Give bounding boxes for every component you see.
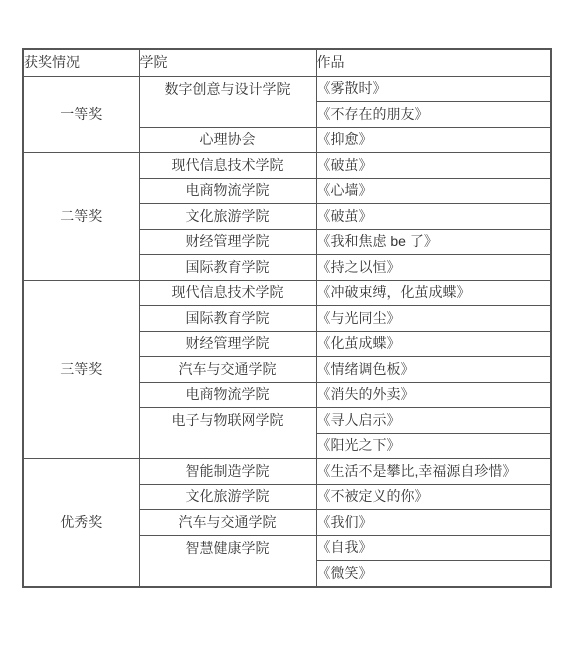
work-cell: 《不存在的朋友》 — [316, 102, 551, 128]
work-cell: 《我们》 — [316, 510, 551, 536]
work-cell: 《生活不是攀比,幸福源自珍惜》 — [316, 459, 551, 485]
work-cell: 《破茧》 — [316, 153, 551, 179]
col-header-work: 作品 — [316, 49, 551, 76]
college-cell: 电子与物联网学院 — [139, 408, 316, 459]
work-cell: 《不被定义的你》 — [316, 484, 551, 510]
work-cell: 《我和焦虑 be 了》 — [316, 229, 551, 255]
college-cell: 数字创意与设计学院 — [139, 76, 316, 127]
college-cell: 财经管理学院 — [139, 331, 316, 357]
college-cell: 电商物流学院 — [139, 178, 316, 204]
work-cell: 《寻人启示》 — [316, 408, 551, 434]
college-cell: 汽车与交通学院 — [139, 510, 316, 536]
work-cell: 《心墙》 — [316, 178, 551, 204]
work-cell: 《阳光之下》 — [316, 433, 551, 459]
college-cell: 智能制造学院 — [139, 459, 316, 485]
college-cell: 文化旅游学院 — [139, 204, 316, 230]
college-cell: 电商物流学院 — [139, 382, 316, 408]
work-cell: 《冲破束缚，化茧成蝶》 — [316, 280, 551, 306]
college-cell: 国际教育学院 — [139, 306, 316, 332]
award-cell-third-prize: 三等奖 — [23, 280, 139, 459]
work-cell: 《自我》 — [316, 535, 551, 561]
work-cell: 《与光同尘》 — [316, 306, 551, 332]
college-cell: 心理协会 — [139, 127, 316, 153]
college-cell: 文化旅游学院 — [139, 484, 316, 510]
work-cell: 《情绪调色板》 — [316, 357, 551, 383]
college-cell: 国际教育学院 — [139, 255, 316, 281]
work-cell: 《抑愈》 — [316, 127, 551, 153]
document-page: 获奖情况 学院 作品 一等奖 数字创意与设计学院 《雾散时》 《不存在的朋友》 … — [0, 0, 575, 659]
work-cell: 《持之以恒》 — [316, 255, 551, 281]
table-row: 二等奖 现代信息技术学院 《破茧》 — [23, 153, 551, 179]
work-cell: 《化茧成蝶》 — [316, 331, 551, 357]
table-row: 优秀奖 智能制造学院 《生活不是攀比,幸福源自珍惜》 — [23, 459, 551, 485]
award-cell-excellence-prize: 优秀奖 — [23, 459, 139, 588]
work-cell: 《消失的外卖》 — [316, 382, 551, 408]
college-cell: 智慧健康学院 — [139, 535, 316, 587]
col-header-college: 学院 — [139, 49, 316, 76]
college-cell: 汽车与交通学院 — [139, 357, 316, 383]
college-cell: 财经管理学院 — [139, 229, 316, 255]
college-cell: 现代信息技术学院 — [139, 153, 316, 179]
table-row: 三等奖 现代信息技术学院 《冲破束缚，化茧成蝶》 — [23, 280, 551, 306]
award-cell-first-prize: 一等奖 — [23, 76, 139, 153]
header-row: 获奖情况 学院 作品 — [23, 49, 551, 76]
col-header-award-status: 获奖情况 — [23, 49, 139, 76]
awards-table: 获奖情况 学院 作品 一等奖 数字创意与设计学院 《雾散时》 《不存在的朋友》 … — [22, 48, 552, 588]
table-row: 一等奖 数字创意与设计学院 《雾散时》 — [23, 76, 551, 102]
award-cell-second-prize: 二等奖 — [23, 153, 139, 281]
work-cell: 《微笑》 — [316, 561, 551, 588]
work-cell: 《雾散时》 — [316, 76, 551, 102]
college-cell: 现代信息技术学院 — [139, 280, 316, 306]
work-cell: 《破茧》 — [316, 204, 551, 230]
